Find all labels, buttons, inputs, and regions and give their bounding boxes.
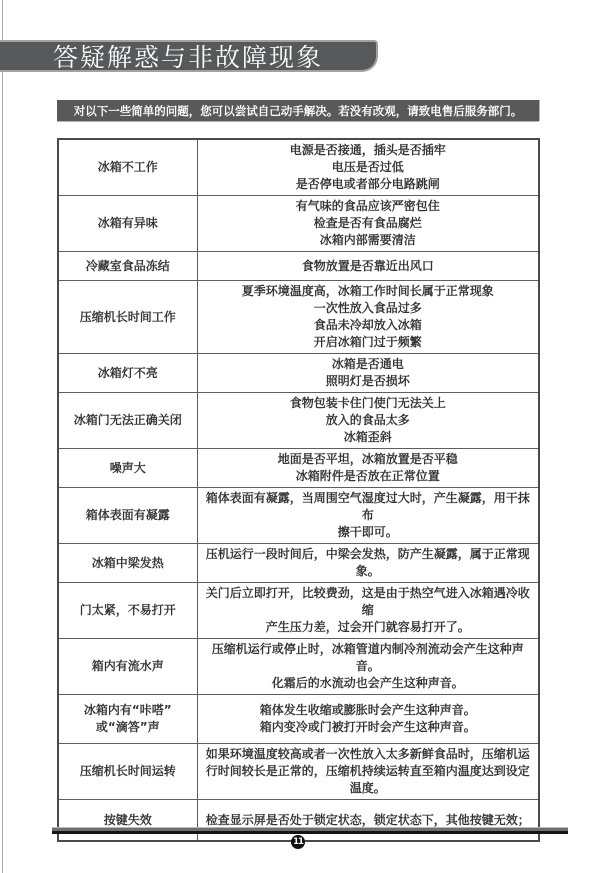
problem-cell: 冰箱灯不亮: [58, 354, 197, 393]
problem-cell: 冰箱门无法正确关闭: [58, 393, 197, 449]
problem-cell: 压缩机长时间工作: [58, 281, 197, 354]
problem-cell: 箱内有流水声: [58, 639, 197, 695]
causes-cell: 有气味的食品应该严密包住 检查是否有食品腐烂 冰箱内部需要清洁: [197, 196, 539, 252]
table-row: 冰箱有异味 有气味的食品应该严密包住 检查是否有食品腐烂 冰箱内部需要清洁: [58, 196, 539, 252]
page-left-rule: [2, 0, 3, 873]
table-row: 冷藏室食品冻结 食物放置是否靠近出风口: [58, 252, 539, 281]
causes-cell: 夏季环境温度高，冰箱工作时间长属于正常现象 一次性放入食品过多 食品未冷却放入冰…: [197, 281, 539, 354]
manual-page: 答疑解惑与非故障现象 对以下一些简单的问题，您可以尝试自己动手解决。若没有改观，…: [0, 0, 593, 873]
causes-cell: 地面是否平坦，冰箱放置是否平稳 冰箱附件是否放在正常位置: [197, 449, 539, 488]
causes-cell: 食物放置是否靠近出风口: [197, 252, 539, 281]
table-row: 冰箱灯不亮 冰箱是否通电 照明灯是否损坏: [58, 354, 539, 393]
problem-cell: 冰箱有异味: [58, 196, 197, 252]
problem-cell: 冰箱内有“咔嗒” 或“滴答”声: [58, 695, 197, 744]
problem-cell: 冰箱中梁发热: [58, 544, 197, 583]
table-row: 箱内有流水声 压缩机运行或停止时，冰箱管道内制冷剂流动会产生这种声音。 化霜后的…: [58, 639, 539, 695]
table-row: 冰箱门无法正确关闭 食物包装卡住门使门无法关上 放入的食品太多 冰箱歪斜: [58, 393, 539, 449]
causes-cell: 压机运行一段时间后，中梁会发热，防产生凝露，属于正常现象。: [197, 544, 539, 583]
faq-table-body: 冰箱不工作 电源是否接通，插头是否插牢 电压是否过低 是否停电或者部分电路跳闸 …: [58, 139, 539, 841]
causes-cell: 关门后立即打开，比较费劲，这是由于热空气进入冰箱遇冷收缩 产生压力差，过会开门就…: [197, 583, 539, 639]
table-row: 噪声大 地面是否平坦，冰箱放置是否平稳 冰箱附件是否放在正常位置: [58, 449, 539, 488]
table-row: 冰箱中梁发热 压机运行一段时间后，中梁会发热，防产生凝露，属于正常现象。: [58, 544, 539, 583]
table-row: 冰箱内有“咔嗒” 或“滴答”声 箱体发生收缩或膨胀时会产生这种声音。 箱内变冷或…: [58, 695, 539, 744]
table-row: 冰箱不工作 电源是否接通，插头是否插牢 电压是否过低 是否停电或者部分电路跳闸: [58, 139, 539, 196]
problem-cell: 按键失效: [58, 800, 197, 842]
causes-cell: 压缩机运行或停止时，冰箱管道内制冷剂流动会产生这种声音。 化霜后的水流动也会产生…: [197, 639, 539, 695]
table-row: 门太紧，不易打开 关门后立即打开，比较费劲，这是由于热空气进入冰箱遇冷收缩 产生…: [58, 583, 539, 639]
causes-cell: 电源是否接通，插头是否插牢 电压是否过低 是否停电或者部分电路跳闸: [197, 139, 539, 196]
section-title-banner: 答疑解惑与非故障现象: [0, 40, 378, 72]
causes-cell: 食物包装卡住门使门无法关上 放入的食品太多 冰箱歪斜: [197, 393, 539, 449]
page-title: 答疑解惑与非故障现象: [53, 38, 323, 74]
footer-rule: [52, 827, 568, 834]
causes-cell: 箱体发生收缩或膨胀时会产生这种声音。 箱内变冷或门被打开时会产生这种声音。: [197, 695, 539, 744]
problem-cell: 门太紧，不易打开: [58, 583, 197, 639]
table-row: 压缩机长时间工作 夏季环境温度高，冰箱工作时间长属于正常现象 一次性放入食品过多…: [58, 281, 539, 354]
causes-cell: 冰箱是否通电 照明灯是否损坏: [197, 354, 539, 393]
table-row: 箱体表面有凝露 箱体表面有凝露，当周围空气湿度过大时，产生凝露，用干抹布 擦干即…: [58, 488, 539, 544]
notice-bar: 对以下一些简单的问题，您可以尝试自己动手解决。若没有改观，请致电售后服务部门。: [57, 100, 539, 121]
notice-text: 对以下一些简单的问题，您可以尝试自己动手解决。若没有改观，请致电售后服务部门。: [74, 103, 523, 119]
causes-cell: 检查显示屏是否处于锁定状态，锁定状态下，其他按键无效；: [197, 800, 539, 842]
problem-cell: 噪声大: [58, 449, 197, 488]
problem-cell: 箱体表面有凝露: [58, 488, 197, 544]
problem-cell: 冷藏室食品冻结: [58, 252, 197, 281]
causes-cell: 箱体表面有凝露，当周围空气湿度过大时，产生凝露，用干抹布 擦干即可。: [197, 488, 539, 544]
faq-table: 冰箱不工作 电源是否接通，插头是否插牢 电压是否过低 是否停电或者部分电路跳闸 …: [57, 138, 540, 842]
problem-cell: 压缩机长时间运转: [58, 744, 197, 800]
causes-cell: 如果环境温度较高或者一次性放入太多新鲜食品时，压缩机运 行时间较长是正常的，压缩…: [197, 744, 539, 800]
problem-cell: 冰箱不工作: [58, 139, 197, 196]
table-row: 压缩机长时间运转 如果环境温度较高或者一次性放入太多新鲜食品时，压缩机运 行时间…: [58, 744, 539, 800]
page-number-badge: 11: [291, 835, 305, 849]
